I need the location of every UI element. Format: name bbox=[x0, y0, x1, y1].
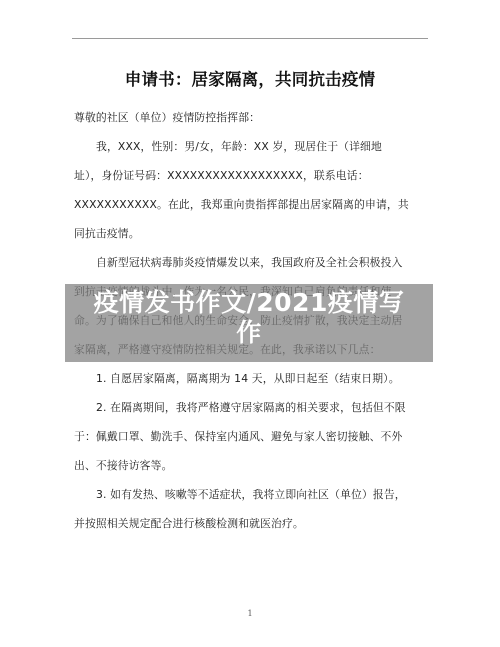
overlay-title-line1: 疫情发书作文/2021疫情写 bbox=[65, 288, 433, 318]
list-item-2-line3: 出、不接待访客等。 bbox=[74, 459, 173, 473]
paragraph1-line4: 同抗击疫情。 bbox=[74, 227, 140, 241]
page-number: 1 bbox=[0, 609, 500, 618]
list-item-1: 1. 自愿居家隔离，隔离期为 14 天，从即日起至（结束日期）。 bbox=[96, 372, 400, 386]
paragraph2-line1: 自新型冠状病毒肺炎疫情爆发以来，我国政府及全社会积极投入 bbox=[96, 256, 403, 270]
list-item-2-line1: 2. 在隔离期间，我将严格遵守居家隔离的相关要求，包括但不限 bbox=[96, 401, 406, 415]
list-item-2-line2: 于：佩戴口罩、勤洗手、保持室内通风、避免与家人密切接触、不外 bbox=[74, 430, 402, 444]
document-title: 申请书：居家隔离，共同抗击疫情 bbox=[0, 66, 500, 90]
paragraph1-line2: 址），身份证号码：XXXXXXXXXXXXXXXXXX，联系电话： bbox=[74, 169, 369, 183]
list-item-3-line2: 并按照相关规定配合进行核酸检测和就医治疗。 bbox=[74, 517, 304, 531]
paragraph1-line3: XXXXXXXXXXX。在此，我郑重向贵指挥部提出居家隔离的申请，共 bbox=[74, 198, 409, 212]
overlay-title: 疫情发书作文/2021疫情写 作 bbox=[65, 288, 433, 348]
salutation: 尊敬的社区（单位）疫情防控指挥部： bbox=[74, 111, 260, 125]
header-rule bbox=[72, 38, 428, 39]
list-item-3-line1: 3. 如有发热、咳嗽等不适症状，我将立即向社区（单位）报告， bbox=[96, 488, 406, 502]
overlay-title-line2: 作 bbox=[65, 318, 433, 348]
paragraph1-line1: 我，XXX，性别：男/女，年龄：XX 岁，现居住于（详细地 bbox=[96, 140, 382, 154]
